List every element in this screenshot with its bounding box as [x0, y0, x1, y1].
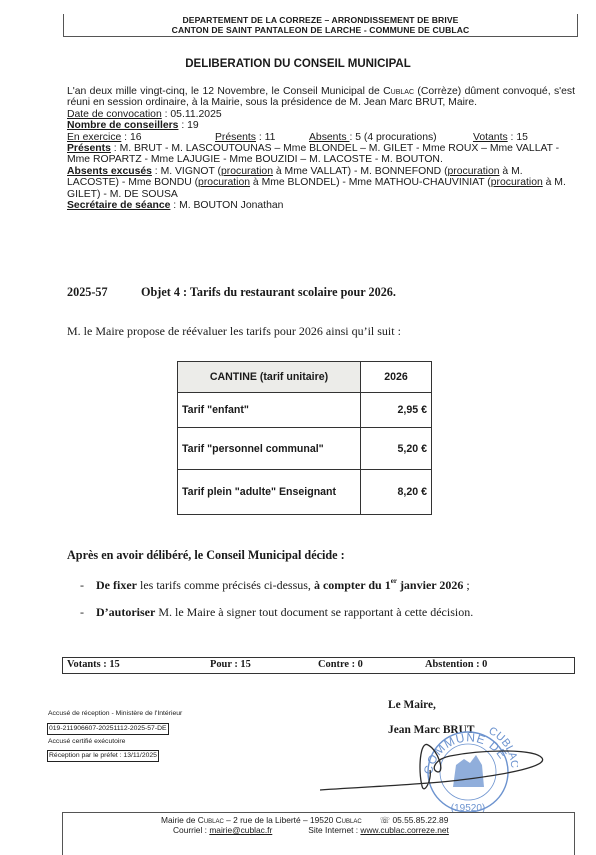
col-header-cantine: CANTINE (tarif unitaire)	[178, 362, 361, 393]
accuse-id: 019-211906607-20251112-2025-57-DE	[47, 723, 169, 735]
presents-list: Présents : M. BRUT - M. LASCOUTOUNAS – M…	[67, 143, 575, 166]
accuse-executoire: Accusé certifié exécutoire	[48, 738, 125, 745]
tarif-label: Tarif plein "adulte" Enseignant	[178, 470, 361, 515]
header-box: DEPARTEMENT DE LA CORREZE – ARRONDISSEME…	[63, 14, 578, 37]
bullet-dash: -	[80, 578, 96, 593]
document-title: DELIBERATION DU CONSEIL MUNICIPAL	[0, 58, 596, 70]
decision-item-2: -D’autoriser M. le Maire à signer tout d…	[80, 605, 473, 620]
stat-presents: Présents : 11	[215, 132, 275, 143]
email-link[interactable]: mairie@cublac.fr	[209, 825, 272, 835]
votes-box: Votants : 15 Pour : 15 Contre : 0 Absten…	[62, 657, 575, 674]
decision-intro: Après en avoir délibéré, le Conseil Muni…	[67, 548, 345, 563]
phone-icon: ☏	[380, 815, 390, 825]
stat-exercice: En exercice : 16	[67, 132, 142, 143]
commune-name: Cublac	[383, 86, 414, 97]
proposal-text: M. le Maire propose de réévaluer les tar…	[67, 324, 401, 339]
objet-title: Objet 4 : Tarifs du restaurant scolaire …	[141, 285, 396, 300]
website-link[interactable]: www.cublac.correze.net	[360, 825, 448, 835]
intro-block: L'an deux mille vingt-cinq, le 12 Novemb…	[67, 86, 575, 211]
accuse-reception-label: Accusé de réception - Ministère de l'Int…	[48, 710, 182, 717]
tarif-table: CANTINE (tarif unitaire) 2026 Tarif "enf…	[177, 361, 432, 515]
table-row: Tarif plein "adulte" Enseignant 8,20 €	[178, 470, 432, 515]
tarif-label: Tarif "enfant"	[178, 393, 361, 428]
tarif-value: 2,95 €	[361, 393, 432, 428]
stat-absents: Absents : 5 (4 procurations)	[309, 132, 437, 143]
votes-votants: Votants : 15	[67, 659, 120, 670]
conseillers-count: Nombre de conseillers : 19	[67, 120, 575, 131]
secretaire-seance: Secrétaire de séance : M. BOUTON Jonatha…	[67, 200, 575, 211]
bullet-dash: -	[80, 605, 96, 620]
header-line-2: CANTON DE SAINT PANTALEON DE LARCHE - CO…	[64, 25, 577, 35]
absents-list: Absents excusés : M. VIGNOT (procuration…	[67, 166, 575, 200]
maire-title: Le Maire,	[388, 699, 436, 711]
footer-phone: 05.55.85.22.89	[390, 815, 448, 825]
deliberation-number: 2025-57	[67, 285, 108, 300]
col-header-year: 2026	[361, 362, 432, 393]
tarif-label: Tarif "personnel communal"	[178, 428, 361, 470]
votes-pour: Pour : 15	[210, 659, 251, 670]
votes-abstention: Abstention : 0	[425, 659, 487, 670]
tarif-value: 5,20 €	[361, 428, 432, 470]
tarif-value: 8,20 €	[361, 470, 432, 515]
footer-contact-line: Courriel : mairie@cublac.frSite Internet…	[63, 825, 574, 835]
convocation-date: Date de convocation : 05.11.2025	[67, 109, 575, 120]
stat-votants: Votants : 15	[473, 132, 528, 143]
footer-box: Mairie de Cublac – 2 rue de la Liberté –…	[62, 812, 575, 855]
header-line-1: DEPARTEMENT DE LA CORREZE – ARRONDISSEME…	[64, 15, 577, 25]
attendance-stats: En exercice : 16 Présents : 11 Absents :…	[67, 132, 575, 143]
votes-contre: Contre : 0	[318, 659, 363, 670]
intro-paragraph: L'an deux mille vingt-cinq, le 12 Novemb…	[67, 86, 575, 109]
signature-scribble-icon	[320, 740, 550, 800]
reception-prefet: Réception par le préfet : 13/11/2025	[47, 750, 159, 762]
table-row: Tarif "personnel communal" 5,20 €	[178, 428, 432, 470]
table-row: Tarif "enfant" 2,95 €	[178, 393, 432, 428]
footer-address-line: Mairie de Cublac – 2 rue de la Liberté –…	[63, 815, 574, 825]
decision-item-1: -De fixer les tarifs comme précisés ci-d…	[80, 578, 470, 593]
tarif-header-row: CANTINE (tarif unitaire) 2026	[178, 362, 432, 393]
